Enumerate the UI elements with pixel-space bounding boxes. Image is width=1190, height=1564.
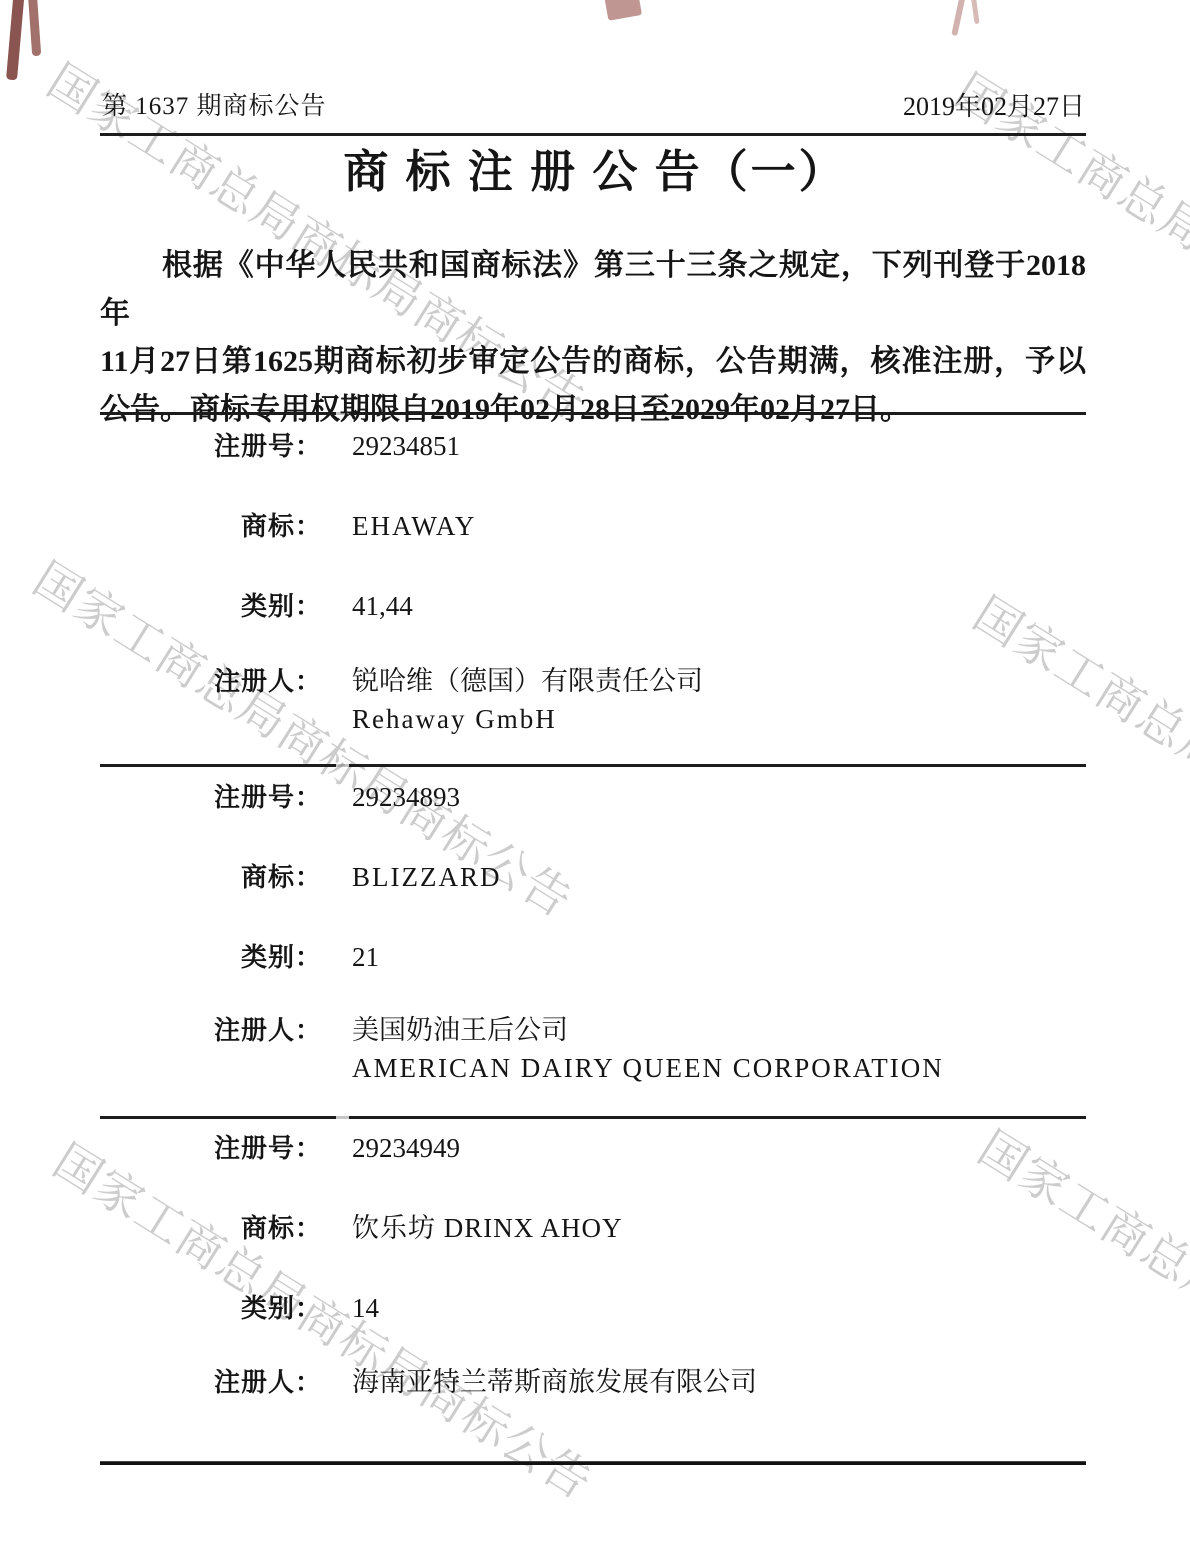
- entry-separator: [100, 412, 1086, 415]
- gazette-issue-number: 第 1637 期商标公告: [102, 92, 327, 122]
- intro-line-2: 11月27日第1625期商标初步审定公告的商标，公告期满，核准注册，予以: [100, 338, 1086, 386]
- field-row-registrant: 注册人：美国奶油王后公司: [100, 1012, 1086, 1049]
- field-row-mark: 商标：饮乐坊 DRINX AHOY: [100, 1210, 1086, 1247]
- field-row-registrant-en: Rehaway GmbH: [100, 701, 1086, 737]
- field-label-reg-no: 注册号：: [100, 1131, 322, 1167]
- intro-line-3: 公告。商标专用权期限自2019年02月28日至2029年02月27日。: [100, 386, 1086, 434]
- field-label-reg-no: 注册号：: [100, 780, 322, 816]
- field-value-mark: EHAWAY: [352, 511, 476, 541]
- field-label-category: 类别：: [100, 940, 322, 976]
- intro-paragraph: 根据《中华人民共和国商标法》第三十三条之规定，下列刊登于2018年 11月27日…: [100, 242, 1086, 434]
- gazette-date: 2019年02月27日: [903, 92, 1085, 122]
- field-label-mark: 商标：: [100, 1211, 322, 1247]
- document-content: 第 1637 期商标公告 2019年02月27日 商 标 注 册 公 告（一） …: [0, 0, 1190, 1564]
- entry-separator: [100, 1116, 1086, 1119]
- field-row-category: 类别：41,44: [100, 588, 1086, 625]
- field-row-reg-no: 注册号：29234949: [100, 1130, 1086, 1167]
- field-value-reg-no: 29234851: [352, 431, 460, 461]
- field-row-reg-no: 注册号：29234893: [100, 779, 1086, 816]
- field-row-registrant: 注册人：海南亚特兰蒂斯商旅发展有限公司: [100, 1364, 1086, 1401]
- field-row-mark: 商标：BLIZZARD: [100, 859, 1086, 896]
- field-value-registrant-cn: 锐哈维（德国）有限责任公司: [352, 666, 703, 696]
- field-label-registrant: 注册人：: [100, 1013, 322, 1049]
- bottom-rule: [100, 1461, 1086, 1465]
- field-row-reg-no: 注册号：29234851: [100, 428, 1086, 465]
- field-value-registrant-en: Rehaway GmbH: [352, 704, 557, 734]
- field-value-registrant-cn: 美国奶油王后公司: [352, 1015, 568, 1045]
- document-page: 国家工商总局商标局商标公告 国家工商总局商标局商标公告 国家工商总局商标局商标公…: [0, 0, 1190, 1564]
- field-label-registrant: 注册人：: [100, 664, 322, 700]
- field-value-registrant-cn: 海南亚特兰蒂斯商旅发展有限公司: [352, 1367, 757, 1397]
- field-value-reg-no: 29234893: [352, 782, 460, 812]
- field-value-mark: BLIZZARD: [352, 862, 501, 892]
- field-value-category: 41,44: [352, 591, 413, 621]
- field-label-category: 类别：: [100, 1291, 322, 1327]
- field-value-category: 14: [352, 1293, 379, 1323]
- field-label-registrant: 注册人：: [100, 1365, 322, 1401]
- entry-separator: [100, 764, 1086, 767]
- field-value-mark: 饮乐坊 DRINX AHOY: [352, 1213, 623, 1243]
- field-label-mark: 商标：: [100, 509, 322, 545]
- field-row-category: 类别：21: [100, 939, 1086, 976]
- field-row-registrant-en: AMERICAN DAIRY QUEEN CORPORATION: [100, 1050, 1086, 1086]
- field-value-category: 21: [352, 942, 379, 972]
- field-label-mark: 商标：: [100, 860, 322, 896]
- header-rule: [100, 133, 1086, 136]
- field-value-registrant-en: AMERICAN DAIRY QUEEN CORPORATION: [352, 1053, 944, 1083]
- field-row-category: 类别：14: [100, 1290, 1086, 1327]
- page-title: 商 标 注 册 公 告（一）: [0, 144, 1190, 200]
- field-row-mark: 商标：EHAWAY: [100, 508, 1086, 545]
- intro-line-1: 根据《中华人民共和国商标法》第三十三条之规定，下列刊登于2018年: [100, 242, 1086, 338]
- field-value-reg-no: 29234949: [352, 1133, 460, 1163]
- field-row-registrant: 注册人：锐哈维（德国）有限责任公司: [100, 663, 1086, 700]
- field-label-category: 类别：: [100, 589, 322, 625]
- field-label-reg-no: 注册号：: [100, 429, 322, 465]
